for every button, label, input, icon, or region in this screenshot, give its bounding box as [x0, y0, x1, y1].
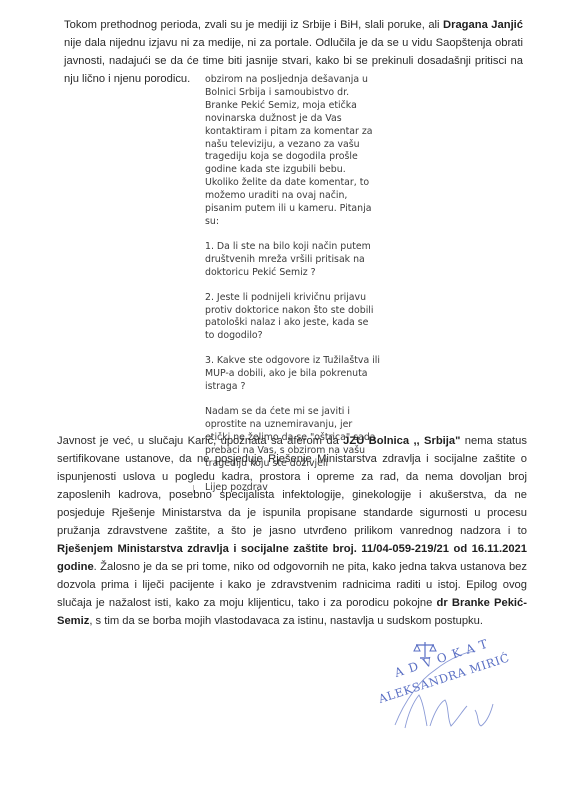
- document-page: Tokom prethodnog perioda, zvali su je me…: [0, 0, 577, 802]
- main-text-1: Javnost je već, u slučaju Karić, upoznat…: [57, 435, 343, 447]
- question-1: 1. Da li ste na bilo koji način putem dr…: [205, 241, 380, 280]
- client-name: Dragana Janjić: [443, 19, 523, 31]
- message-intro: obzirom na posljednja dešavanja u Bolnic…: [205, 74, 380, 229]
- main-text-4: , s tim da se borba mojih vlastodavaca z…: [89, 615, 483, 627]
- question-2: 2. Jeste li podnijeli krivičnu prijavu p…: [205, 292, 380, 344]
- lawyer-stamp: ADVOKAT ALEKSANDRA MIRIĆ: [375, 640, 515, 730]
- intro-text: Tokom prethodnog perioda, zvali su je me…: [64, 19, 443, 31]
- main-text-2: nema status sertifikovane ustanove, da n…: [57, 435, 527, 537]
- main-paragraph: Javnost je već, u slučaju Karić, upoznat…: [57, 432, 527, 630]
- hospital-name: JZU Bolnica ,, Srbija": [343, 435, 460, 447]
- question-3: 3. Kakve ste odgovore iz Tužilaštva ili …: [205, 355, 380, 394]
